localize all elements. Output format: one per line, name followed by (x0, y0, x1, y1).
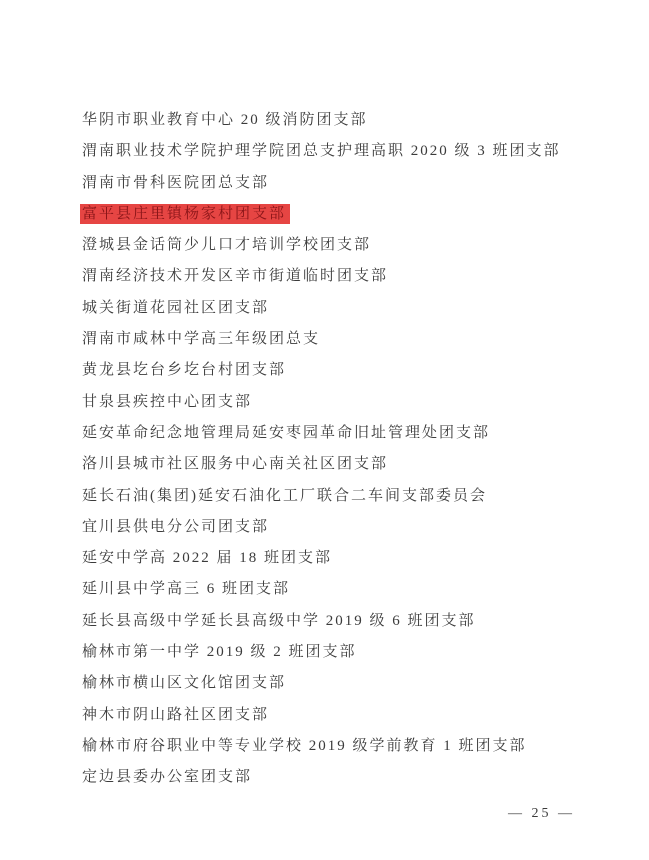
list-item: 定边县委办公室团支部 (82, 761, 582, 792)
list-item: 榆林市第一中学 2019 级 2 班团支部 (82, 636, 582, 667)
list-item-text: 神木市阴山路社区团支部 (82, 707, 269, 723)
list-item: 洛川县城市社区服务中心南关社区团支部 (82, 448, 582, 479)
list-item-text: 宜川县供电分公司团支部 (82, 519, 269, 535)
list-item: 黄龙县圪台乡圪台村团支部 (82, 354, 582, 385)
list-item-text: 华阴市职业教育中心 20 级消防团支部 (82, 112, 368, 128)
page-number: — 25 — (508, 806, 575, 822)
list-item: 华阴市职业教育中心 20 级消防团支部 (82, 104, 582, 135)
list-item-text: 榆林市府谷职业中等专业学校 2019 级学前教育 1 班团支部 (82, 738, 527, 754)
list-item: 渭南市骨科医院团总支部 (82, 167, 582, 198)
list-item-text: 定边县委办公室团支部 (82, 769, 252, 785)
list-item: 渭南经济技术开发区辛市街道临时团支部 (82, 260, 582, 291)
list-item-text: 延安革命纪念地管理局延安枣园革命旧址管理处团支部 (82, 425, 490, 441)
list-item: 延安中学高 2022 届 18 班团支部 (82, 542, 582, 573)
list-item: 延川县中学高三 6 班团支部 (82, 573, 582, 604)
list-item-text: 洛川县城市社区服务中心南关社区团支部 (82, 456, 388, 472)
list-item-text: 黄龙县圪台乡圪台村团支部 (82, 362, 286, 378)
list-item-text: 榆林市第一中学 2019 级 2 班团支部 (82, 644, 357, 660)
list-item-text: 榆林市横山区文化馆团支部 (82, 675, 286, 691)
list-item: 宜川县供电分公司团支部 (82, 511, 582, 542)
list-item: 延安革命纪念地管理局延安枣园革命旧址管理处团支部 (82, 417, 582, 448)
list-item-text: 延安中学高 2022 届 18 班团支部 (82, 550, 332, 566)
list-item-text: 渭南市骨科医院团总支部 (82, 175, 269, 191)
branch-list: 华阴市职业教育中心 20 级消防团支部 渭南职业技术学院护理学院团总支护理高职 … (82, 104, 582, 793)
list-item: 城关街道花园社区团支部 (82, 292, 582, 323)
list-item-text: 富平县庄里镇杨家村团支部 (80, 204, 290, 224)
list-item: 甘泉县疾控中心团支部 (82, 386, 582, 417)
list-item-text: 澄城县金话筒少儿口才培训学校团支部 (82, 237, 371, 253)
document-page: 华阴市职业教育中心 20 级消防团支部 渭南职业技术学院护理学院团总支护理高职 … (0, 0, 649, 860)
list-item-text: 渭南职业技术学院护理学院团总支护理高职 2020 级 3 班团支部 (82, 143, 561, 159)
list-item-text: 渭南市咸林中学高三年级团总支 (82, 331, 320, 347)
list-item-text: 延长石油(集团)延安石油化工厂联合二车间支部委员会 (82, 488, 487, 504)
list-item-text: 延川县中学高三 6 班团支部 (82, 581, 290, 597)
list-item: 富平县庄里镇杨家村团支部 (82, 198, 582, 229)
list-item: 榆林市府谷职业中等专业学校 2019 级学前教育 1 班团支部 (82, 730, 582, 761)
list-item-text: 城关街道花园社区团支部 (82, 300, 269, 316)
list-item: 延长石油(集团)延安石油化工厂联合二车间支部委员会 (82, 480, 582, 511)
list-item-text: 渭南经济技术开发区辛市街道临时团支部 (82, 268, 388, 284)
list-item: 延长县高级中学延长县高级中学 2019 级 6 班团支部 (82, 605, 582, 636)
list-item-text: 延长县高级中学延长县高级中学 2019 级 6 班团支部 (82, 613, 476, 629)
list-item: 榆林市横山区文化馆团支部 (82, 667, 582, 698)
list-item: 渭南职业技术学院护理学院团总支护理高职 2020 级 3 班团支部 (82, 135, 582, 166)
list-item-text: 甘泉县疾控中心团支部 (82, 394, 252, 410)
list-item: 神木市阴山路社区团支部 (82, 699, 582, 730)
list-item: 澄城县金话筒少儿口才培训学校团支部 (82, 229, 582, 260)
list-item: 渭南市咸林中学高三年级团总支 (82, 323, 582, 354)
